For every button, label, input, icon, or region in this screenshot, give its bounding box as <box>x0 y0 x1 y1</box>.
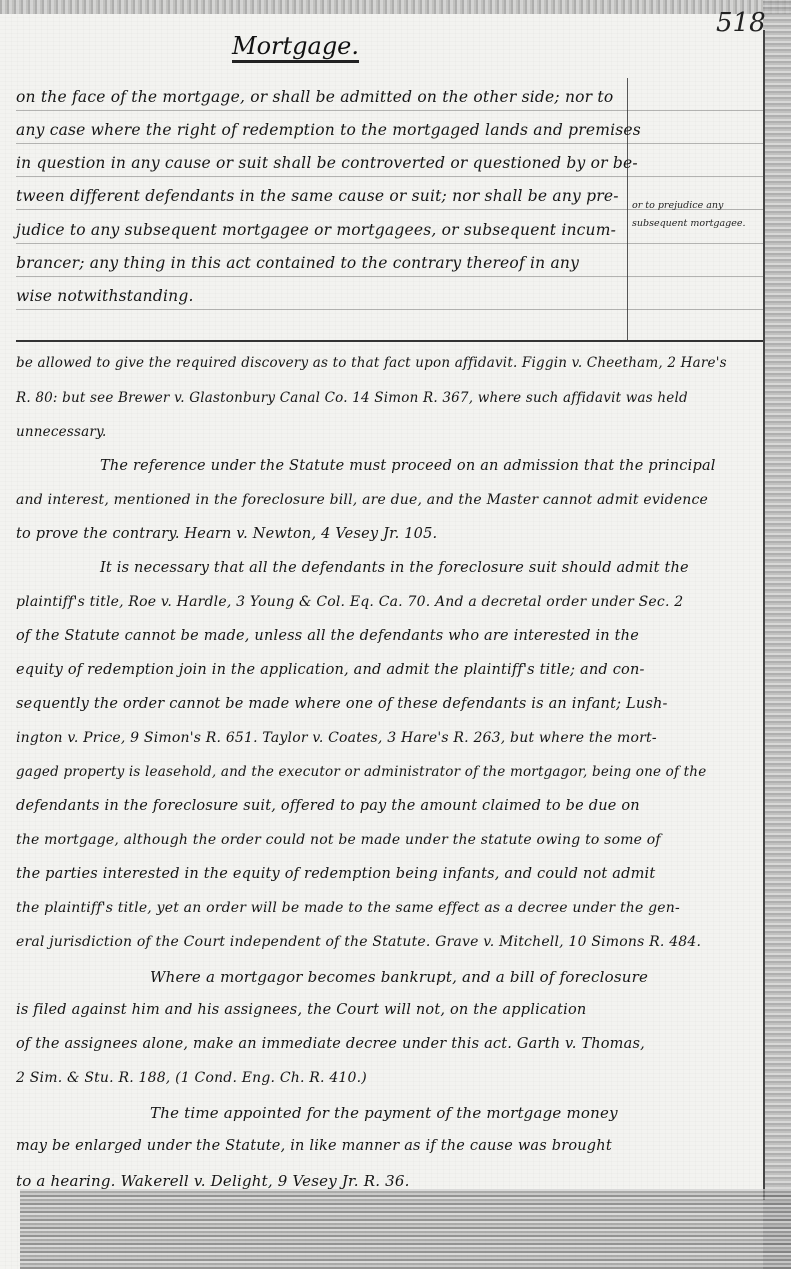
note-line: the plaintiff's title, yet an order will… <box>16 900 680 916</box>
note-line: It is necessary that all the defendants … <box>100 560 689 576</box>
ruled-line <box>16 143 763 144</box>
ruled-line <box>16 176 763 177</box>
note-line: be allowed to give the required discover… <box>16 355 727 371</box>
note-line: 2 Sim. & Stu. R. 188, (1 Cond. Eng. Ch. … <box>16 1070 367 1086</box>
note-line: The time appointed for the payment of th… <box>150 1104 618 1122</box>
statute-line: tween different defendants in the same c… <box>16 187 619 205</box>
note-line: of the assignees alone, make an immediat… <box>16 1036 645 1052</box>
note-line: the mortgage, although the order could n… <box>16 832 661 848</box>
statute-line: wise notwithstanding. <box>16 287 194 305</box>
note-line: to a hearing. Wakerell v. Delight, 9 Ves… <box>16 1172 410 1190</box>
statute-line: brancer; any thing in this act contained… <box>16 254 579 272</box>
scan-noise-top <box>0 0 791 14</box>
scan-edge-right <box>763 0 791 1269</box>
ruled-line <box>16 276 763 277</box>
note-line: R. 80: but see Brewer v. Glastonbury Can… <box>16 390 688 406</box>
note-line: equity of redemption join in the applica… <box>16 662 645 678</box>
ruled-line <box>16 110 763 111</box>
note-line: may be enlarged under the Statute, in li… <box>16 1138 612 1154</box>
margin-note: subsequent mortgagee. <box>632 218 746 229</box>
note-line: gaged property is leasehold, and the exe… <box>16 764 706 780</box>
note-line: defendants in the foreclosure suit, offe… <box>16 798 640 814</box>
ruled-line <box>16 309 763 310</box>
note-line: eral jurisdiction of the Court independe… <box>16 934 701 950</box>
note-line: is filed against him and his assignees, … <box>16 1002 586 1018</box>
margin-note: or to prejudice any <box>632 200 723 211</box>
right-margin-rule <box>763 30 765 1200</box>
note-line: The reference under the Statute must pro… <box>100 458 716 474</box>
note-line: the parties interested in the equity of … <box>16 866 655 882</box>
note-line: unnecessary. <box>16 424 107 440</box>
note-line: Where a mortgagor becomes bankrupt, and … <box>150 968 648 986</box>
section-divider <box>16 340 763 342</box>
manuscript-page: 518 Mortgage. on the face of the mortgag… <box>0 0 791 1269</box>
page-title: Mortgage. <box>232 32 359 63</box>
ruled-line <box>16 243 763 244</box>
statute-line: in question in any cause or suit shall b… <box>16 154 638 172</box>
note-line: to prove the contrary. Hearn v. Newton, … <box>16 526 437 542</box>
scan-noise-bottom <box>20 1189 791 1269</box>
statute-line: any case where the right of redemption t… <box>16 121 641 139</box>
statute-line: on the face of the mortgage, or shall be… <box>16 88 613 106</box>
page-number: 518 <box>716 8 766 38</box>
note-line: of the Statute cannot be made, unless al… <box>16 628 639 644</box>
note-line: ington v. Price, 9 Simon's R. 651. Taylo… <box>16 730 657 746</box>
note-line: sequently the order cannot be made where… <box>16 696 668 712</box>
statute-line: judice to any subsequent mortgagee or mo… <box>16 221 616 239</box>
note-line: and interest, mentioned in the foreclosu… <box>16 492 708 508</box>
note-line: plaintiff's title, Roe v. Hardle, 3 Youn… <box>16 594 683 610</box>
